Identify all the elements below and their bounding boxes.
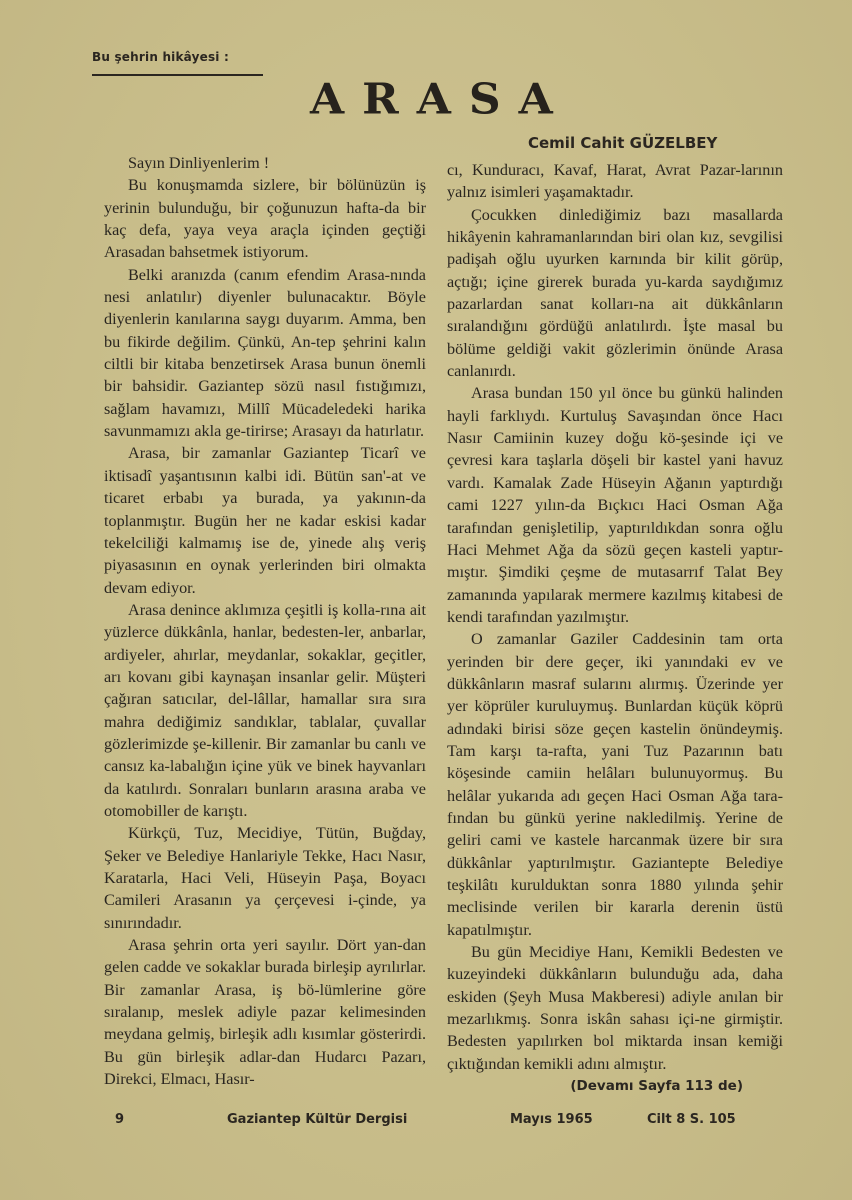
paragraph: Arasa şehrin orta yeri sayılır. Dört yan… [104,934,426,1090]
article-column-right: cı, Kunduracı, Kavaf, Harat, Avrat Pazar… [447,159,783,1097]
article-column-left: Sayın Dinliyenlerim ! Bu konuşmamda sizl… [104,152,426,1090]
issue-date: Mayıs 1965 [510,1112,593,1127]
continued-note: (Devamı Sayfa 113 de) [447,1075,783,1097]
magazine-name: Gaziantep Kültür Dergisi [227,1112,407,1127]
issue-volume: Cilt 8 S. 105 [647,1112,736,1127]
article-title: ARASA [310,75,571,123]
paragraph: cı, Kunduracı, Kavaf, Harat, Avrat Pazar… [447,159,783,204]
paragraph: Bu konuşmamda sizlere, bir bölünüzün iş … [104,174,426,263]
kicker-underline [92,74,263,76]
paragraph: Kürkçü, Tuz, Mecidiye, Tütün, Buğday, Şe… [104,822,426,934]
paragraph: Sayın Dinliyenlerim ! [104,152,426,174]
paragraph: Bu gün Mecidiye Hanı, Kemikli Bedesten v… [447,941,783,1075]
section-kicker: Bu şehrin hikâyesi : [92,50,229,64]
paragraph: Arasa denince aklımıza çeşitli iş kolla-… [104,599,426,822]
page-number: 9 [115,1112,124,1127]
page-footer: 9 Gaziantep Kültür Dergisi Mayıs 1965 Ci… [0,1112,852,1136]
paragraph: Arasa, bir zamanlar Gaziantep Ticarî ve … [104,442,426,598]
paragraph: Belki aranızda (canım efendim Arasa-nınd… [104,264,426,443]
paragraph: Arasa bundan 150 yıl önce bu günkü halin… [447,382,783,628]
paragraph: O zamanlar Gaziler Caddesinin tam orta y… [447,628,783,941]
paragraph: Çocukken dinlediğimiz bazı masallarda hi… [447,204,783,383]
author-byline: Cemil Cahit GÜZELBEY [528,134,717,152]
